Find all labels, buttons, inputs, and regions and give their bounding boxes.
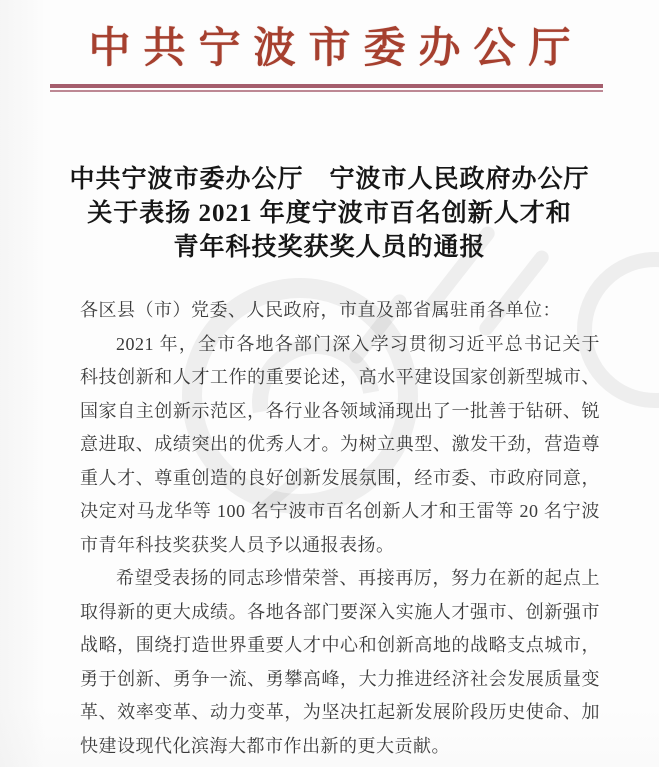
title-line: 青年科技奖获奖人员的通报 [0, 231, 659, 265]
letterhead-divider [50, 84, 603, 92]
title-line: 关于表扬 2021 年度宁波市百名创新人才和 [0, 197, 659, 231]
title-line: 中共宁波市委办公厅 宁波市人民政府办公厅 [0, 163, 659, 197]
paragraph: 希望受表扬的同志珍惜荣誉、再接再厉，努力在新的起点上 取得新的更大成绩。各地各部… [80, 562, 600, 763]
text-line: 战略，围绕打造世界重要人才中心和创新高地的战略支点城市， [80, 629, 600, 663]
text-line: 2021 年，全市各地各部门深入学习贯彻习近平总书记关于 [80, 328, 600, 362]
text-line: 决定对马龙华等 100 名宁波市百名创新人才和王雷等 20 名宁波 [80, 495, 600, 529]
text-line: 希望受表扬的同志珍惜荣誉、再接再厉，努力在新的起点上 [80, 562, 600, 596]
document-page: 中共宁波市委办公厅 中共宁波市委办公厅 宁波市人民政府办公厅 关于表扬 2021… [0, 0, 659, 767]
text-line: 勇于创新、勇争一流、勇攀高峰，大力推进经济社会发展质量变 [80, 663, 600, 697]
text-line: 重人才、尊重创造的良好创新发展氛围，经市委、市政府同意， [80, 462, 600, 496]
document-body: 各区县（市）党委、人民政府，市直及部省属驻甬各单位： 2021 年，全市各地各部… [80, 294, 600, 763]
text-line: 快建设现代化滨海大都市作出新的更大贡献。 [80, 730, 600, 764]
text-line: 科技创新和人才工作的重要论述，高水平建设国家创新型城市、 [80, 361, 600, 395]
text-line: 革、效率变革、动力变革，为坚决扛起新发展阶段历史使命、加 [80, 696, 600, 730]
salutation-line: 各区县（市）党委、人民政府，市直及部省属驻甬各单位： [80, 294, 600, 328]
text-line: 市青年科技奖获奖人员予以通报表扬。 [80, 529, 600, 563]
paragraph: 2021 年，全市各地各部门深入学习贯彻习近平总书记关于 科技创新和人才工作的重… [80, 328, 600, 563]
divider-thin-line [50, 90, 603, 92]
text-line: 国家自主创新示范区，各行业各领域涌现出了一批善于钻研、锐 [80, 395, 600, 429]
document-title: 中共宁波市委办公厅 宁波市人民政府办公厅 关于表扬 2021 年度宁波市百名创新… [0, 163, 659, 265]
text-line: 取得新的更大成绩。各地各部门要深入实施人才强市、创新强市 [80, 596, 600, 630]
letterhead-org-name: 中共宁波市委办公厅 [0, 20, 659, 78]
text-line: 意进取、成绩突出的优秀人才。为树立典型、激发干劲，营造尊 [80, 428, 600, 462]
